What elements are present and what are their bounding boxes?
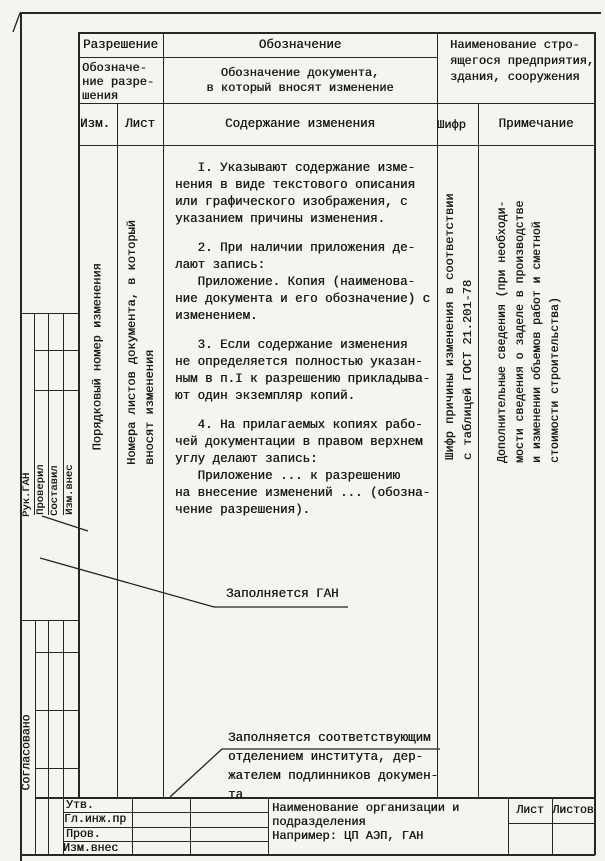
bottom-row-prov: Пров. [66,828,101,842]
title-block-line [132,797,133,855]
header-izm: Изм. [80,117,110,133]
text-line: Наименование организации и [272,801,459,815]
text-line: ют один экземпляр копий. [175,388,433,405]
bottom-row-gl-inzh: Гл.инж.пр [64,813,126,827]
org-name-text: Наименование организации иподразделенияН… [272,801,459,843]
grid-line [478,103,479,798]
text-line: изменением. [175,308,433,325]
header-soderzhanie: Содержание изменения [163,117,437,133]
grid-line [163,32,164,798]
text-line: 4. На прилагаемых копиях рабо- [175,417,433,434]
text-line: 3. Если содержание изменения [175,337,433,354]
text-line: с таблицей ГОСТ 21.201-78 [459,160,477,460]
text-line: Заполняется соответствующим [228,729,438,748]
bottom-list-label: Лист [508,804,552,818]
text-line: отделением института, дер- [228,748,438,767]
page-top-border [20,12,601,14]
bottom-row-izm-vnes: Изм.внес [63,842,118,856]
text-line: I. Указывают содержание изме- [175,160,433,177]
text-line: Номера листов документа, в который [123,185,141,465]
annotation-institute: Заполняется соответствующимотделением ин… [228,729,438,805]
stamp-label-izm-vnes: Изм.внес [64,445,76,515]
grid-line [437,32,438,798]
leader-segment [42,516,88,531]
text-line: на внесение изменений ... (обозна- [175,485,433,502]
paragraph: 3. Если содержание измененияне определяе… [175,337,433,405]
title-block-line [190,797,191,855]
text-line: или графического изображения, с [175,194,433,211]
text-line: ние разре- [82,75,154,89]
text-line: вносят изменения [141,185,159,465]
grid-line [78,57,437,58]
stamp-grid-line [35,710,78,711]
text-line: Обозначе- [82,61,154,75]
bottom-row-utv: Утв. [66,799,94,813]
header-razreshenie: Разрешение [78,38,163,54]
text-line: шения [82,89,154,103]
table-right-border [594,32,596,855]
bottom-listov-label: Листов [552,804,594,818]
stamp-grid-line [35,652,78,653]
stamp-grid-line [20,313,78,314]
text-line: Приложение ... к разрешению [175,468,433,485]
paragraph: I. Указывают содержание изме-нения в вид… [175,160,433,228]
text-line: мости сведения о заделе в производстве [512,183,530,463]
text-line: Шифр причины изменения в соответствии [441,160,459,460]
header-primechanie: Примечание [478,117,594,133]
text-line: нения в виде текстового описания [175,177,433,194]
text-line: и изменении объемов работ и сметной [529,183,547,463]
corner-arrow-tick [13,13,20,32]
text-line: Наименование стро- [450,37,594,53]
table-top-border [78,32,595,34]
text-line: Дополнительные сведения (при необходи- [494,183,512,463]
paragraph: 4. На прилагаемых копиях рабо-чей докуме… [175,417,433,519]
text-line: Приложение. Копия (наименова- [175,274,433,291]
header-list: Лист [117,117,163,133]
stamp-label-sostavil: Составил [49,446,61,516]
rotated-note-list: Номера листов документа, в которыйвносят… [123,185,159,465]
text-line: стоимости строительства) [547,183,565,463]
institute-leader-line [170,749,222,797]
text-line: ным в п.I к разрешению прикладыва- [175,371,433,388]
grid-line [117,103,118,798]
stamp-grid-line [35,768,78,769]
stamp-grid-line [20,620,78,621]
stamp-grid-line [48,620,49,854]
text-line: углу делают запись: [175,451,433,468]
stamp-label-proveril: Проверил [35,445,47,515]
text-line: 2. При наличии приложения де- [175,240,433,257]
scanned-form-page: Разрешение Обозначение Наименование стро… [0,0,605,861]
table-left-border [78,32,80,798]
text-line: Например: ЦП АЭП, ГАН [272,829,459,843]
text-line: ящегося предприятия, [450,53,594,69]
header-oboznachenie: Обозначение [163,38,437,54]
header-oboznachenie-razresheniya: Обозначе-ние разре-шения [82,61,154,103]
text-line: здания, сооружения [450,69,594,85]
grid-line [78,145,595,146]
text-line: Обозначение документа, [163,66,437,81]
text-line: чение разрешения). [175,502,433,519]
text-line: не определяется полностью указан- [175,354,433,371]
rotated-note-shifr: Шифр причины изменения в соответствиис т… [441,160,477,460]
paragraph: 2. При наличии приложения де-лают запись… [175,240,433,325]
header-oboznachenie-dokumenta: Обозначение документа,в который вносят и… [163,66,437,96]
stamp-grid-line [34,390,78,391]
stamp-label-soglasovano: Согласовано [21,681,34,791]
rotated-note-primechanie: Дополнительные сведения (при необходи-мо… [494,183,564,463]
header-shifr: Шифр [437,118,466,133]
text-line: в который вносят изменение [163,81,437,96]
stamp-grid-line [34,350,78,351]
title-block-line [268,797,269,855]
text-line: чей документации в правом верхнем [175,434,433,451]
instructions-text: I. Указывают содержание изме-нения в вид… [175,160,433,519]
grid-line [78,103,595,104]
text-line: подразделения [272,815,459,829]
annotation-gan: Заполняется ГАН [226,587,339,603]
text-line: указанием причины изменения. [175,211,433,228]
rotated-note-izm: Порядковый номер изменения [91,211,106,451]
text-line: жателем подлинников докумен- [228,767,438,786]
text-line: лают запись: [175,257,433,274]
header-naimenovanie: Наименование стро-ящегося предприятия,зд… [450,37,594,85]
stamp-label-ruk-gan: Рук.ГАН [21,447,33,517]
stamp-grid-line [35,620,36,854]
text-line: ние документа и его обозначение) с [175,291,433,308]
